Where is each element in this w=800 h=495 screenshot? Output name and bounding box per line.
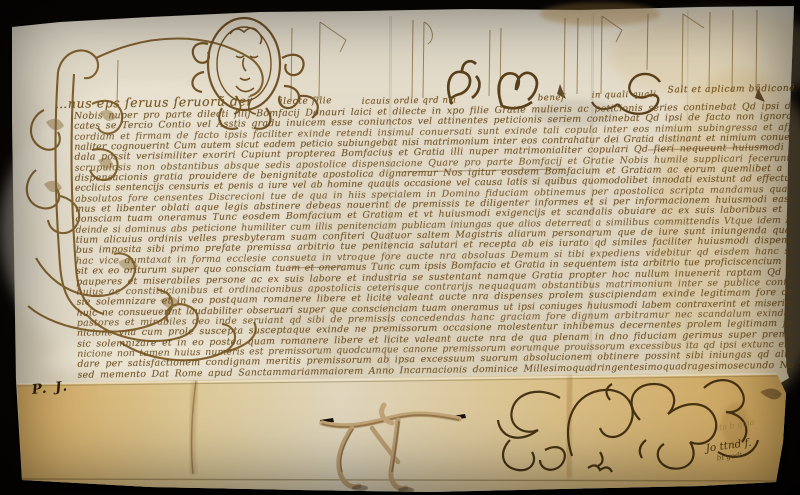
parchment-drawing bbox=[0, 0, 800, 495]
manuscript-photo: …nus eps ſeruus ſeruorũ dei ilecte filie… bbox=[0, 0, 800, 495]
